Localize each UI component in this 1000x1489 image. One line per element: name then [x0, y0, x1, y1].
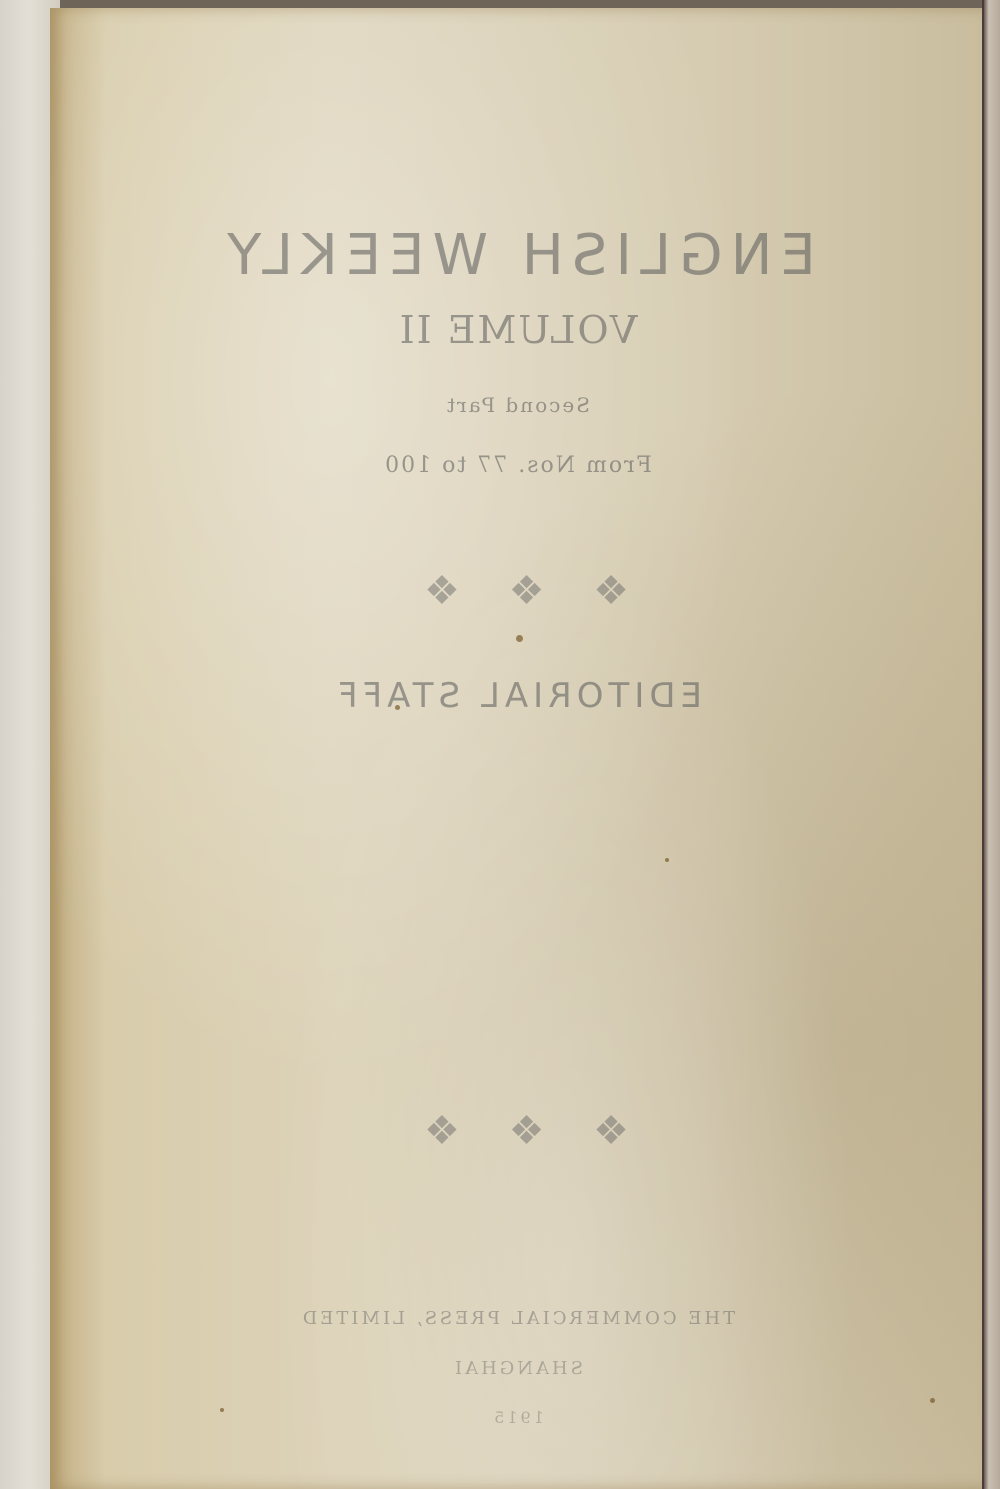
ornament-bottom: ❖ ❖ ❖ — [50, 1108, 985, 1154]
foxing-spot — [516, 635, 523, 642]
editor-name — [610, 871, 930, 914]
page-right-edge — [982, 0, 1000, 1489]
editor-name — [230, 943, 550, 986]
editor-name — [230, 798, 550, 841]
ornament-top: ❖ ❖ ❖ — [50, 568, 985, 614]
foxing-spot — [220, 1408, 224, 1412]
volume-bleed-through: VOLUME II — [50, 308, 985, 352]
city-bleed-through: SHANGHAI — [50, 1358, 985, 1379]
editor-name — [610, 943, 930, 986]
printer-bleed-through: THE COMMERCIAL PRESS, LIMITED — [50, 1308, 985, 1329]
editor-name — [610, 1016, 930, 1059]
editor-name — [230, 871, 550, 914]
editorial-names-list — [230, 798, 930, 1058]
issue-range-bleed-through: From Nos. 77 to 100 — [50, 453, 985, 478]
editor-name — [230, 1016, 550, 1059]
editorial-staff-heading: EDITORIAL STAFF — [50, 676, 985, 716]
foxing-spot — [665, 858, 669, 862]
foxing-spot — [930, 1398, 935, 1403]
book-page: ENGLISH WEEKLY VOLUME II Second Part Fro… — [50, 8, 985, 1489]
year-bleed-through: 1915 — [50, 1408, 985, 1427]
editor-name — [610, 798, 930, 841]
part-bleed-through: Second Part — [50, 393, 985, 417]
foxing-spot — [395, 705, 400, 710]
title-bleed-through: ENGLISH WEEKLY — [50, 223, 985, 288]
